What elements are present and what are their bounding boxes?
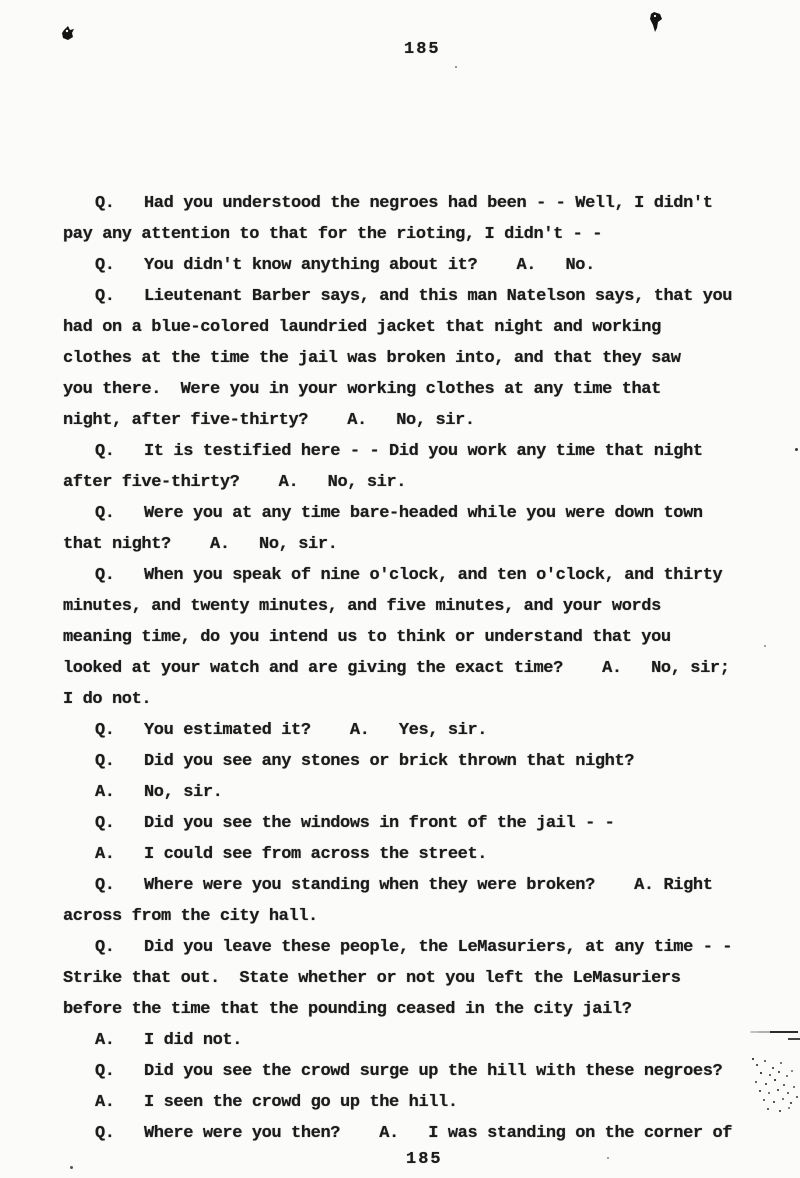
scan-dash-mark [770,1031,798,1033]
transcript-line: Q. Did you leave these people, the LeMas… [63,932,793,963]
transcript-line: Q. Were you at any time bare-headed whil… [63,498,793,529]
transcript-line: Q. Where were you standing when they wer… [63,870,793,901]
transcript-line: I do not. [63,684,793,715]
transcript-line: clothes at the time the jail was broken … [63,343,793,374]
page: 185 Q. Had you understood the negroes ha… [0,0,800,1178]
transcript-line: Q. Had you understood the negroes had be… [63,188,793,219]
ink-blot-icon [58,24,78,48]
transcript-line: Q. It is testified here - - Did you work… [63,436,793,467]
transcript-line: Q. Did you see the crowd surge up the hi… [63,1056,793,1087]
transcript-line: had on a blue-colored laundried jacket t… [63,312,793,343]
scan-speck [607,1157,609,1159]
transcript-line: after five-thirty? A. No, sir. [63,467,793,498]
transcript-line: A. I seen the crowd go up the hill. [63,1087,793,1118]
transcript-line: Q. When you speak of nine o'clock, and t… [63,560,793,591]
transcript-line: pay any attention to that for the riotin… [63,219,793,250]
ink-blot-icon [646,10,666,36]
transcript-line: Q. Where were you then? A. I was standin… [63,1118,793,1149]
transcript-line: Q. You didn't know anything about it? A.… [63,250,793,281]
transcript-line: night, after five-thirty? A. No, sir. [63,405,793,436]
page-number-bottom: 185 [406,1150,443,1169]
transcript-line: Q. Lieutenant Barber says, and this man … [63,281,793,312]
transcript-line: Q. You estimated it? A. Yes, sir. [63,715,793,746]
scan-speck [455,66,457,68]
transcript-line: A. No, sir. [63,777,793,808]
transcript-line: A. I did not. [63,1025,793,1056]
scan-speck [764,645,766,647]
transcript-line: that night? A. No, sir. [63,529,793,560]
scan-speck [70,1166,73,1169]
scan-speckle-cluster [752,1058,754,1060]
transcript-line: Strike that out. State whether or not yo… [63,963,793,994]
transcript-line: A. I could see from across the street. [63,839,793,870]
transcript-line: meaning time, do you intend us to think … [63,622,793,653]
page-number-top: 185 [404,40,441,59]
scan-speck [795,448,798,451]
transcript-line: across from the city hall. [63,901,793,932]
transcript-line: Q. Did you see any stones or brick throw… [63,746,793,777]
transcript-line: Q. Did you see the windows in front of t… [63,808,793,839]
transcript: Q. Had you understood the negroes had be… [63,188,793,1149]
transcript-line: before the time that the pounding ceased… [63,994,793,1025]
transcript-line: you there. Were you in your working clot… [63,374,793,405]
transcript-line: looked at your watch and are giving the … [63,653,793,684]
transcript-line: minutes, and twenty minutes, and five mi… [63,591,793,622]
